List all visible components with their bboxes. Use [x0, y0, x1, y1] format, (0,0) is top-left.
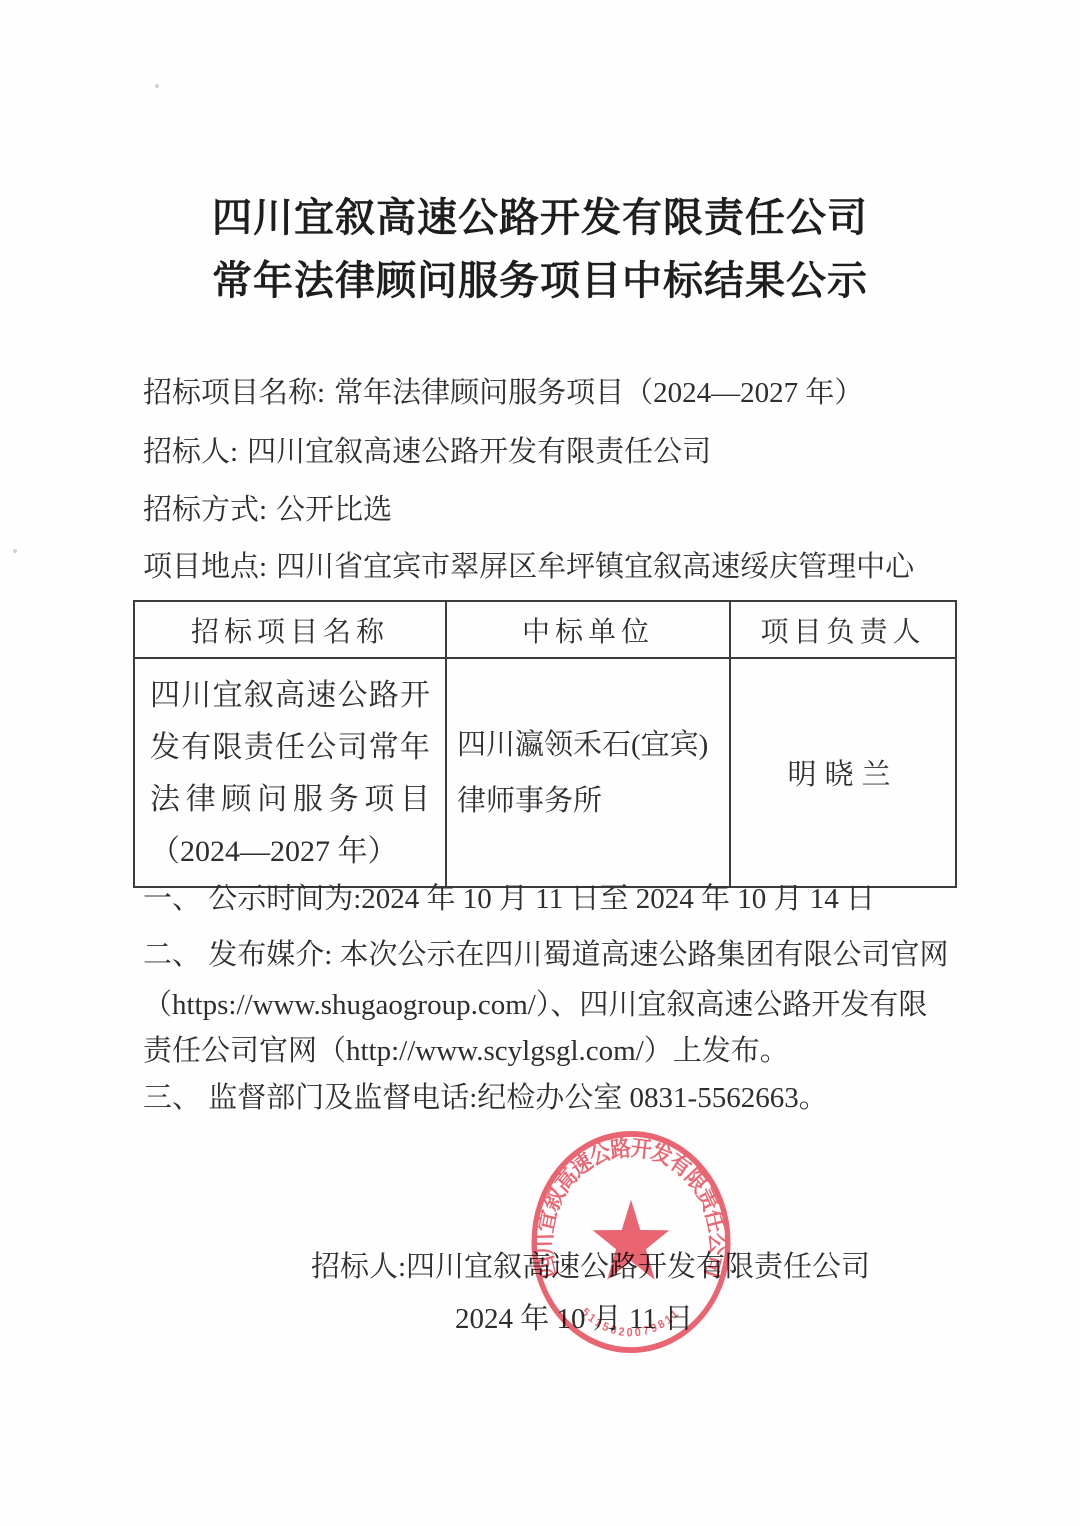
info-value: 公开比选 [276, 494, 392, 526]
scan-speck [13, 549, 17, 553]
notice-media-line-3: 责任公司官网（http://www.scylgsgl.com/）上发布。 [143, 1028, 789, 1069]
info-line-location: 项目地点:四川省宜宾市翠屏区牟坪镇宜叙高速绥庆管理中心 [143, 544, 914, 585]
cell-project-name: 四川宜叙高速公路开发有限责任公司常年法律顾问服务项目（2024—2027 年） [134, 658, 446, 887]
info-label: 项目地点: [143, 551, 267, 583]
notice-publicity-period: 一、 公示时间为:2024 年 10 月 11 日至 2024 年 10 月 1… [143, 876, 875, 917]
bid-result-table: 招标项目名称 中标单位 项目负责人 四川宜叙高速公路开发有限责任公司常年法律顾问… [133, 600, 957, 888]
cell-project-manager: 明晓兰 [730, 658, 956, 887]
signature-issuer: 招标人:四川宜叙高速公路开发有限责任公司 [311, 1244, 870, 1285]
info-label: 招标项目名称: [143, 377, 325, 409]
info-value: 四川宜叙高速公路开发有限责任公司 [247, 436, 711, 468]
title-line-1: 四川宜叙高速公路开发有限责任公司 [0, 186, 1080, 249]
notice-media-line-1: 二、 发布媒介: 本次公示在四川蜀道高速公路集团有限公司官网 [143, 932, 949, 973]
header-project-manager: 项目负责人 [730, 601, 956, 658]
info-label: 招标方式: [143, 494, 267, 526]
scan-speck [155, 84, 159, 88]
info-line-tenderer: 招标人:四川宜叙高速公路开发有限责任公司 [143, 429, 711, 470]
notice-media-line-2: （https://www.shugaogroup.com/）、四川宜叙高速公路开… [143, 982, 927, 1023]
document-title: 四川宜叙高速公路开发有限责任公司 常年法律顾问服务项目中标结果公示 [0, 186, 1080, 312]
table-header-row: 招标项目名称 中标单位 项目负责人 [134, 601, 956, 658]
title-line-2: 常年法律顾问服务项目中标结果公示 [0, 249, 1080, 312]
header-winning-bidder: 中标单位 [446, 601, 730, 658]
notice-supervision-phone: 三、 监督部门及监督电话:纪检办公室 0831-5562663。 [143, 1075, 828, 1116]
info-value: 常年法律顾问服务项目（2024—2027 年） [334, 377, 863, 409]
header-project-name: 招标项目名称 [134, 601, 446, 658]
info-line-project-name: 招标项目名称:常年法律顾问服务项目（2024—2027 年） [143, 370, 863, 411]
table-row: 四川宜叙高速公路开发有限责任公司常年法律顾问服务项目（2024—2027 年） … [134, 658, 956, 887]
document-page: 四川宜叙高速公路开发有限责任公司 常年法律顾问服务项目中标结果公示 招标项目名称… [0, 0, 1080, 1526]
info-label: 招标人: [143, 436, 238, 468]
info-line-method: 招标方式:公开比选 [143, 487, 392, 528]
signature-date: 2024 年 10 月 11 日 [455, 1296, 693, 1337]
info-value: 四川省宜宾市翠屏区牟坪镇宜叙高速绥庆管理中心 [276, 551, 914, 583]
cell-winning-bidder: 四川瀛领禾石(宜宾)律师事务所 [446, 658, 730, 887]
